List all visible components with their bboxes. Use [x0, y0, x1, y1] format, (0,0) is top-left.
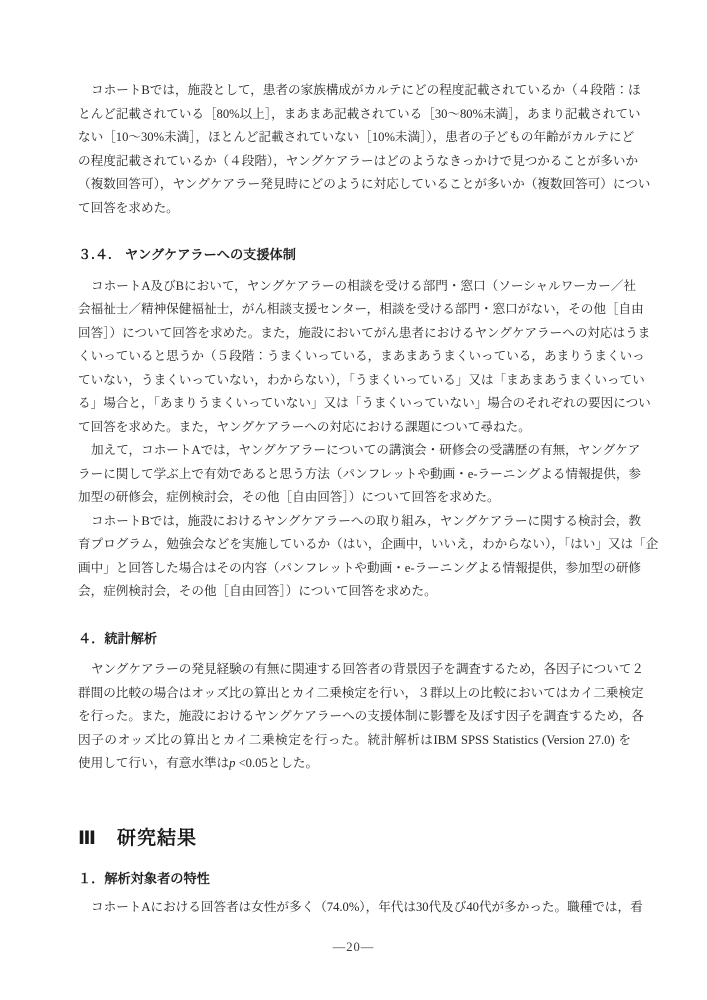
body-line: （複数回答可），ヤングケアラー発見時にどのように対応していることが多いか（複数回…: [78, 173, 631, 197]
body-line: 会福祉士／精神保健福祉士，がん相談支援センター，相談を受ける部門・窓口がない，そ…: [78, 298, 631, 322]
chapter-3-heading: Ⅲ 研究結果: [78, 824, 631, 854]
section-1-heading: １．解析対象者の特性: [78, 867, 631, 891]
body-line: を行った。また，施設におけるヤングケアラーへの支援体制に影響を及ぼす因子を調査す…: [78, 705, 631, 729]
paragraph-statistical-analysis: ヤングケアラーの発見経験の有無に関連する回答者の背景因子を調査するため，各因子に…: [78, 658, 631, 776]
paragraph-respondent-characteristics: コホートAにおける回答者は女性が多く（74.0%），年代は30代及び40代が多か…: [78, 896, 631, 920]
body-line: 画中」と回答した場合はその内容（パンフレットや動画・e-ラーニングよる情報提供，…: [78, 557, 631, 581]
page-content: コホートBでは，施設として，患者の家族構成がカルテにどの程度記載されているか（４…: [78, 79, 631, 920]
paragraph-cohort-b-chart-recording: コホートBでは，施設として，患者の家族構成がカルテにどの程度記載されているか（４…: [78, 79, 631, 220]
line-text: <0.05とした。: [235, 756, 318, 770]
body-line: 群間の比較の場合はオッズ比の算出とカイ二乗検定を行い，３群以上の比較においてはカ…: [78, 682, 631, 706]
body-line: 回答］）について回答を求めた。また，施設においてがん患者におけるヤングケアラーへ…: [78, 322, 631, 346]
page-number: —20—: [0, 940, 707, 960]
body-line: コホートBでは，施設として，患者の家族構成がカルテにどの程度記載されているか（４…: [78, 79, 631, 103]
body-line: て回答を求めた。: [78, 197, 631, 221]
body-line: ていない，うまくいっていない，わからない），「うまくいっている」又は「まあまあう…: [78, 369, 631, 393]
section-3-4-heading: ３.４. ヤングケアラーへの支援体制: [78, 243, 631, 267]
paragraph-cohort-b-initiatives: コホートBでは，施設におけるヤングケアラーへの取り組み，ヤングケアラーに関する検…: [78, 510, 631, 604]
body-line: ない［10～30%未満］，ほとんど記載されていない［10%未満］），患者の子ども…: [78, 126, 631, 150]
document-page: コホートBでは，施設として，患者の家族構成がカルテにどの程度記載されているか（４…: [0, 0, 707, 1000]
body-line: 使用して行い，有意水準はp <0.05とした。: [78, 752, 631, 776]
body-line: コホートAにおける回答者は女性が多く（74.0%），年代は30代及び40代が多か…: [78, 896, 631, 920]
body-line: の程度記載されているか（４段階），ヤングケアラーはどのようなきっかけで見つかるこ…: [78, 150, 631, 174]
section-4-heading: ４．統計解析: [78, 627, 631, 651]
body-line: る」場合と，「あまりうまくいっていない」又は「うまくいっていない」場合のそれぞれ…: [78, 392, 631, 416]
body-line: 会，症例検討会，その他［自由回答］）について回答を求めた。: [78, 580, 631, 604]
body-line: 育プログラム，勉強会などを実施しているか（はい，企画中，いいえ，わからない），「…: [78, 533, 631, 557]
paragraph-support-system: コホートA及びBにおいて，ヤングケアラーの相談を受ける部門・窓口（ソーシャルワー…: [78, 275, 631, 440]
body-line: とんど記載されている［80%以上］，まあまあ記載されている［30～80%未満］，…: [78, 103, 631, 127]
body-line: 加えて，コホートAでは，ヤングケアラーについての講演会・研修会の受講歴の有無，ヤ…: [78, 439, 631, 463]
body-line: 加型の研修会，症例検討会，その他［自由回答］）について回答を求めた。: [78, 486, 631, 510]
line-text: 使用して行い，有意水準は: [78, 756, 229, 770]
body-line: 因子のオッズ比の算出とカイ二乗検定を行った。統計解析はIBM SPSS Stat…: [78, 729, 631, 753]
body-line: ラーに関して学ぶ上で有効であると思う方法（パンフレットや動画・e-ラーニングよる…: [78, 463, 631, 487]
body-line: コホートA及びBにおいて，ヤングケアラーの相談を受ける部門・窓口（ソーシャルワー…: [78, 275, 631, 299]
body-line: ヤングケアラーの発見経験の有無に関連する回答者の背景因子を調査するため，各因子に…: [78, 658, 631, 682]
body-line: コホートBでは，施設におけるヤングケアラーへの取り組み，ヤングケアラーに関する検…: [78, 510, 631, 534]
body-line: くいっていると思うか（５段階：うまくいっている，まあまあうまくいっている，あまり…: [78, 345, 631, 369]
paragraph-cohort-a-training: 加えて，コホートAでは，ヤングケアラーについての講演会・研修会の受講歴の有無，ヤ…: [78, 439, 631, 510]
body-line: て回答を求めた。また，ヤングケアラーへの対応における課題について尋ねた。: [78, 416, 631, 440]
